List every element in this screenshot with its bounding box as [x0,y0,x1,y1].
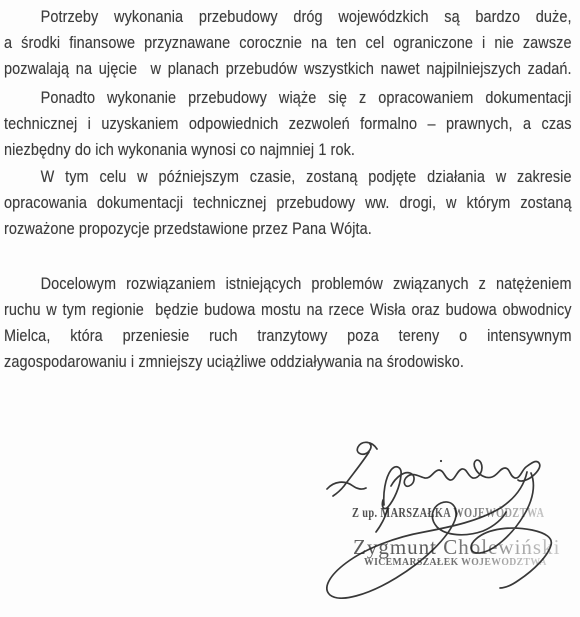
body-line: Potrzeby wykonania przebudowy dróg wojew… [4,4,572,30]
body-line: zagospodarowaniu i zmniejszy uciążliwe o… [4,349,572,375]
body-line: Docelowym rozwiązaniem istniejących prob… [4,271,572,297]
signature-stroke [327,482,366,489]
signature-stroke [391,460,540,486]
body-line: rozważone propozycje przedstawione przez… [4,216,572,242]
body-line: niezbędny do ich wykonania wynosi co naj… [4,137,572,163]
body-line: opracowania dokumentacji technicznej prz… [4,190,572,216]
signature-stroke [382,467,401,509]
signature-diacritic-dot [440,460,442,462]
scanned-letter-page: Potrzeby wykonania przebudowy dróg wojew… [0,0,580,617]
signature-stroke [357,442,377,454]
stamp-signer-title: WICEMARSZAŁEK WOJEWÓDZTWA [364,557,547,568]
signature-stroke [471,473,551,588]
body-line: a środki finansowe przyznawane corocznie… [4,30,572,56]
paragraph: Potrzeby wykonania przebudowy dróg wojew… [4,4,572,82]
body-line: Mielca, która przeniesie ruch tranzytowy… [4,323,572,349]
body-line: W tym celu w późniejszym czasie, zostaną… [4,164,572,190]
paragraph: W tym celu w późniejszym czasie, zostaną… [4,164,572,242]
body-line: ruchu w tym regionie będzie budowa mostu… [4,297,572,323]
stamp-authorization-line: Z up. MARSZAŁKA WOJEWÓDZTWA [352,506,544,522]
body-line: technicznej i uzyskaniem odpowiednich ze… [4,111,572,137]
body-line: Ponadto wykonanie przebudowy wiąże się z… [4,85,572,111]
paragraph: Docelowym rozwiązaniem istniejących prob… [4,271,572,375]
signature-stroke [333,452,369,496]
letter-body: Potrzeby wykonania przebudowy dróg wojew… [4,4,572,375]
body-line: pozwalają na ujęcie w planach przebudów … [4,56,572,82]
paragraph: Ponadto wykonanie przebudowy wiąże się z… [4,85,572,163]
